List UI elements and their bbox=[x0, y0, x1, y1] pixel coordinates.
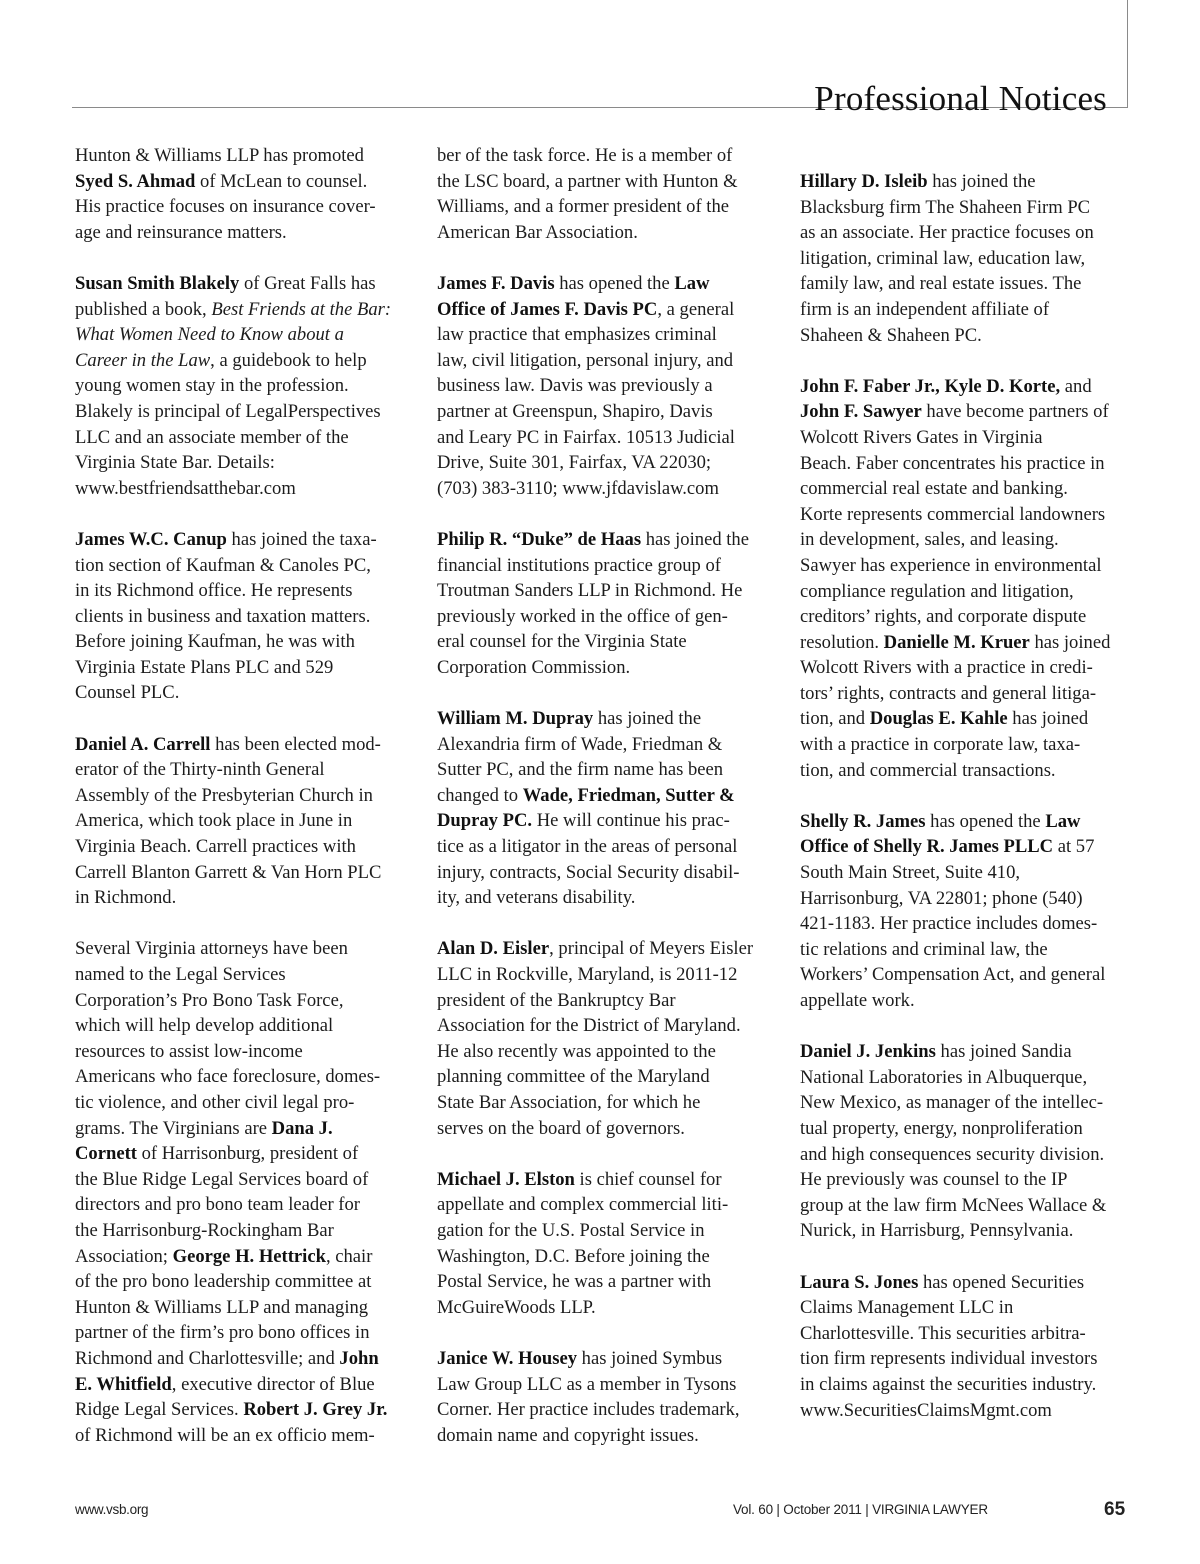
person-or-firm-name: John F. Sawyer bbox=[800, 401, 922, 422]
notice-text: of the pro bono leadership committee at bbox=[75, 1271, 371, 1292]
notice-text: and bbox=[1060, 376, 1092, 397]
notice-paragraph: James F. Davis has opened the LawOffice … bbox=[437, 271, 777, 501]
person-or-firm-name: James F. Davis bbox=[437, 273, 555, 294]
column-3: Hillary D. Isleib has joined theBlacksbu… bbox=[800, 169, 1130, 1449]
person-or-firm-name: Susan Smith Blakely bbox=[75, 273, 239, 294]
notice-text: Association for the District of Maryland… bbox=[437, 1015, 741, 1036]
notice-text: financial institutions practice group of bbox=[437, 555, 721, 576]
notice-text: young women stay in the profession. bbox=[75, 375, 349, 396]
notice-text: creditors’ rights, and corporate dispute bbox=[800, 606, 1086, 627]
notice-paragraph: Alan D. Eisler, principal of Meyers Eisl… bbox=[437, 936, 777, 1141]
notice-text: Sawyer has experience in environmental bbox=[800, 555, 1102, 576]
notice-text: Corporation Commission. bbox=[437, 657, 630, 678]
notice-text: Ridge Legal Services. bbox=[75, 1399, 243, 1420]
notice-paragraph: Janice W. Housey has joined SymbusLaw Gr… bbox=[437, 1346, 777, 1448]
page-number: 65 bbox=[1104, 1499, 1125, 1521]
notice-text: erator of the Thirty-ninth General bbox=[75, 759, 325, 780]
person-or-firm-name: James W.C. Canup bbox=[75, 529, 227, 550]
notice-paragraph: Michael J. Elston is chief counsel forap… bbox=[437, 1167, 777, 1321]
notice-text: His practice focuses on insurance cover- bbox=[75, 196, 376, 217]
notice-text: in claims against the securities industr… bbox=[800, 1374, 1096, 1395]
notice-text: has joined the taxa- bbox=[227, 529, 377, 550]
footer-issue-info: Vol. 60 | October 2011 | VIRGINIA LAWYER bbox=[733, 1502, 988, 1517]
notice-text: Association; bbox=[75, 1246, 173, 1267]
notice-text: has joined bbox=[1008, 708, 1089, 729]
notice-text: in its Richmond office. He represents bbox=[75, 580, 352, 601]
book-title: Career in the Law bbox=[75, 350, 210, 371]
notice-text: domain name and copyright issues. bbox=[437, 1425, 699, 1446]
person-or-firm-name: Dupray PC. bbox=[437, 810, 532, 831]
notice-text: age and reinsurance matters. bbox=[75, 222, 287, 243]
notice-text: Wolcott Rivers Gates in Virginia bbox=[800, 427, 1043, 448]
notice-text: has joined the bbox=[928, 171, 1036, 192]
notice-text: has opened Securities bbox=[918, 1272, 1084, 1293]
notice-text: Nurick, in Harrisburg, Pennsylvania. bbox=[800, 1220, 1073, 1241]
notice-text: appellate work. bbox=[800, 990, 915, 1011]
notice-text: has opened the bbox=[926, 811, 1046, 832]
book-title: What Women Need to Know about a bbox=[75, 324, 344, 345]
notice-text: has opened the bbox=[555, 273, 675, 294]
notice-text: Wolcott Rivers with a practice in credi- bbox=[800, 657, 1093, 678]
notice-text: of Harrisonburg, president of bbox=[137, 1143, 358, 1164]
book-title: Best Friends at the Bar: bbox=[211, 299, 391, 320]
notice-text: with a practice in corporate law, taxa- bbox=[800, 734, 1080, 755]
notice-text: in development, sales, and leasing. bbox=[800, 529, 1059, 550]
notice-text: (703) 383-3110; www.jfdavislaw.com bbox=[437, 478, 719, 499]
notice-text: Carrell Blanton Garrett & Van Horn PLC bbox=[75, 862, 381, 883]
notice-text: www.bestfriendsatthebar.com bbox=[75, 478, 296, 499]
notice-text: has been elected mod- bbox=[210, 734, 380, 755]
notice-text: Sutter PC, and the firm name has been bbox=[437, 759, 723, 780]
notice-text: tion firm represents individual investor… bbox=[800, 1348, 1097, 1369]
notice-text: grams. The Virginians are bbox=[75, 1118, 272, 1139]
notice-paragraph: Several Virginia attorneys have beenname… bbox=[75, 936, 410, 1448]
notice-text: Corner. Her practice includes trademark, bbox=[437, 1399, 740, 1420]
notice-text: directors and pro bono team leader for bbox=[75, 1194, 360, 1215]
notice-text: business law. Davis was previously a bbox=[437, 375, 713, 396]
notice-text: tice as a litigator in the areas of pers… bbox=[437, 836, 737, 857]
notice-text: Virginia State Bar. Details: bbox=[75, 452, 275, 473]
notice-paragraph: Daniel J. Jenkins has joined SandiaNatio… bbox=[800, 1039, 1130, 1244]
notice-text: Assembly of the Presbyterian Church in bbox=[75, 785, 373, 806]
page-title: Professional Notices bbox=[814, 79, 1107, 119]
notice-text: New Mexico, as manager of the intellec- bbox=[800, 1092, 1103, 1113]
person-or-firm-name: Danielle M. Kruer bbox=[884, 632, 1030, 653]
notice-text: Virginia Estate Plans PLC and 529 bbox=[75, 657, 333, 678]
notice-text: of McLean to counsel. bbox=[195, 171, 367, 192]
notice-text: America, which took place in June in bbox=[75, 810, 352, 831]
person-or-firm-name: Wade, Friedman, Sutter & bbox=[523, 785, 735, 806]
notice-text: www.SecuritiesClaimsMgmt.com bbox=[800, 1400, 1052, 1421]
notice-text: is chief counsel for bbox=[575, 1169, 722, 1190]
notice-text: changed to bbox=[437, 785, 523, 806]
notice-text: Washington, D.C. Before joining the bbox=[437, 1246, 710, 1267]
notice-text: in Richmond. bbox=[75, 887, 176, 908]
notice-text: Workers’ Compensation Act, and general bbox=[800, 964, 1105, 985]
notice-text: Shaheen & Shaheen PC. bbox=[800, 325, 982, 346]
notice-text: have become partners of bbox=[922, 401, 1109, 422]
notice-text: eral counsel for the Virginia State bbox=[437, 631, 687, 652]
notice-text: Blacksburg firm The Shaheen Firm PC bbox=[800, 197, 1090, 218]
notice-text: gation for the U.S. Postal Service in bbox=[437, 1220, 705, 1241]
person-or-firm-name: John bbox=[339, 1348, 378, 1369]
notice-text: tion, and bbox=[800, 708, 870, 729]
header-vertical-rule bbox=[1127, 0, 1128, 108]
notice-text: Charlottesville. This securities arbitra… bbox=[800, 1323, 1086, 1344]
notice-text: LLC in Rockville, Maryland, is 2011-12 bbox=[437, 964, 737, 985]
notice-text: tors’ rights, contracts and general liti… bbox=[800, 683, 1096, 704]
person-or-firm-name: Robert J. Grey Jr. bbox=[243, 1399, 387, 1420]
notice-text: at 57 bbox=[1053, 836, 1094, 857]
notice-text: Before joining Kaufman, he was with bbox=[75, 631, 355, 652]
notice-text: has joined the bbox=[593, 708, 701, 729]
notice-text: the Blue Ridge Legal Services board of bbox=[75, 1169, 368, 1190]
notice-text: Drive, Suite 301, Fairfax, VA 22030; bbox=[437, 452, 711, 473]
person-or-firm-name: Office of James F. Davis PC bbox=[437, 299, 657, 320]
person-or-firm-name: Alan D. Eisler bbox=[437, 938, 549, 959]
notice-text: law, civil litigation, personal injury, … bbox=[437, 350, 733, 371]
notice-paragraph: James W.C. Canup has joined the taxa-tio… bbox=[75, 527, 410, 706]
notice-text: commercial real estate and banking. bbox=[800, 478, 1068, 499]
notice-paragraph: William M. Dupray has joined theAlexandr… bbox=[437, 706, 777, 911]
notice-text: and Leary PC in Fairfax. 10513 Judicial bbox=[437, 427, 735, 448]
notice-text: injury, contracts, Social Security disab… bbox=[437, 862, 739, 883]
notice-paragraph: Susan Smith Blakely of Great Falls haspu… bbox=[75, 271, 410, 501]
notice-text: tic relations and criminal law, the bbox=[800, 939, 1048, 960]
notice-text: Alexandria firm of Wade, Friedman & bbox=[437, 734, 722, 755]
person-or-firm-name: Daniel A. Carrell bbox=[75, 734, 210, 755]
notice-text: partner of the firm’s pro bono offices i… bbox=[75, 1322, 370, 1343]
notice-text: , executive director of Blue bbox=[172, 1374, 375, 1395]
notice-text: and high consequences security division. bbox=[800, 1144, 1104, 1165]
person-or-firm-name: Cornett bbox=[75, 1143, 137, 1164]
notice-text: Several Virginia attorneys have been bbox=[75, 938, 348, 959]
person-or-firm-name: Daniel J. Jenkins bbox=[800, 1041, 936, 1062]
person-or-firm-name: Dana J. bbox=[272, 1118, 333, 1139]
notice-text: family law, and real estate issues. The bbox=[800, 273, 1081, 294]
notice-text: LLC and an associate member of the bbox=[75, 427, 349, 448]
notice-text: firm is an independent affiliate of bbox=[800, 299, 1049, 320]
notice-text: has joined the bbox=[641, 529, 749, 550]
person-or-firm-name: Shelly R. James bbox=[800, 811, 926, 832]
notice-text: tic violence, and other civil legal pro- bbox=[75, 1092, 354, 1113]
notice-paragraph: Shelly R. James has opened the LawOffice… bbox=[800, 809, 1130, 1014]
notice-text: Hunton & Williams LLP has promoted bbox=[75, 145, 364, 166]
notice-text: compliance regulation and litigation, bbox=[800, 581, 1074, 602]
notice-text: has joined bbox=[1030, 632, 1111, 653]
notice-text: resolution. bbox=[800, 632, 884, 653]
notice-text: has joined Sandia bbox=[936, 1041, 1072, 1062]
person-or-firm-name: Syed S. Ahmad bbox=[75, 171, 195, 192]
notice-text: group at the law firm McNees Wallace & bbox=[800, 1195, 1106, 1216]
notice-text: of Great Falls has bbox=[239, 273, 375, 294]
person-or-firm-name: Laura S. Jones bbox=[800, 1272, 918, 1293]
notice-text: tion section of Kaufman & Canoles PC, bbox=[75, 555, 371, 576]
person-or-firm-name: Law bbox=[674, 273, 709, 294]
notice-text: Troutman Sanders LLP in Richmond. He bbox=[437, 580, 742, 601]
notice-text: Williams, and a former president of the bbox=[437, 196, 729, 217]
notice-text: the LSC board, a partner with Hunton & bbox=[437, 171, 738, 192]
notice-text: law practice that emphasizes criminal bbox=[437, 324, 717, 345]
notice-text: Harrisonburg, VA 22801; phone (540) bbox=[800, 888, 1083, 909]
notice-paragraph: Philip R. “Duke” de Haas has joined thef… bbox=[437, 527, 777, 681]
notice-text: litigation, criminal law, education law, bbox=[800, 248, 1085, 269]
notice-text: Law Group LLC as a member in Tysons bbox=[437, 1374, 736, 1395]
notice-text: resources to assist low-income bbox=[75, 1041, 303, 1062]
notice-text: which will help develop additional bbox=[75, 1015, 333, 1036]
notice-text: clients in business and taxation matters… bbox=[75, 606, 370, 627]
notice-text: published a book, bbox=[75, 299, 211, 320]
notice-text: 421-1183. Her practice includes domes- bbox=[800, 913, 1097, 934]
notice-text: Hunton & Williams LLP and managing bbox=[75, 1297, 368, 1318]
person-or-firm-name: George H. Hettrick bbox=[173, 1246, 326, 1267]
notice-text: He will continue his prac- bbox=[532, 810, 730, 831]
notice-text: , a general bbox=[657, 299, 734, 320]
notice-text: Richmond and Charlottesville; and bbox=[75, 1348, 339, 1369]
notice-text: National Laboratories in Albuquerque, bbox=[800, 1067, 1087, 1088]
notice-text: president of the Bankruptcy Bar bbox=[437, 990, 676, 1011]
notice-text: partner at Greenspun, Shapiro, Davis bbox=[437, 401, 713, 422]
notice-paragraph: ber of the task force. He is a member of… bbox=[437, 143, 777, 245]
notice-text: of Richmond will be an ex officio mem- bbox=[75, 1425, 375, 1446]
notice-text: ber of the task force. He is a member of bbox=[437, 145, 732, 166]
person-or-firm-name: Law bbox=[1045, 811, 1080, 832]
notice-text: has joined Symbus bbox=[577, 1348, 722, 1369]
notice-paragraph: Hunton & Williams LLP has promotedSyed S… bbox=[75, 143, 410, 245]
person-or-firm-name: Philip R. “Duke” de Haas bbox=[437, 529, 641, 550]
person-or-firm-name: Office of Shelly R. James PLLC bbox=[800, 836, 1053, 857]
notice-text: McGuireWoods LLP. bbox=[437, 1297, 596, 1318]
notice-text: Counsel PLC. bbox=[75, 682, 179, 703]
notice-text: He also recently was appointed to the bbox=[437, 1041, 716, 1062]
person-or-firm-name: Douglas E. Kahle bbox=[870, 708, 1008, 729]
column-1: Hunton & Williams LLP has promotedSyed S… bbox=[75, 143, 410, 1474]
notice-text: Americans who face foreclosure, domes- bbox=[75, 1066, 380, 1087]
notice-text: as an associate. Her practice focuses on bbox=[800, 222, 1094, 243]
notice-text: Corporation’s Pro Bono Task Force, bbox=[75, 990, 343, 1011]
person-or-firm-name: Janice W. Housey bbox=[437, 1348, 577, 1369]
notice-paragraph: Hillary D. Isleib has joined theBlacksbu… bbox=[800, 169, 1130, 348]
person-or-firm-name: William M. Dupray bbox=[437, 708, 593, 729]
column-2: ber of the task force. He is a member of… bbox=[437, 143, 777, 1474]
notice-text: Beach. Faber concentrates his practice i… bbox=[800, 453, 1105, 474]
notice-text: ity, and veterans disability. bbox=[437, 887, 635, 908]
notice-text: serves on the board of governors. bbox=[437, 1118, 685, 1139]
notice-text: planning committee of the Maryland bbox=[437, 1066, 710, 1087]
notice-text: Claims Management LLC in bbox=[800, 1297, 1013, 1318]
notice-text: , a guidebook to help bbox=[210, 350, 366, 371]
notice-text: American Bar Association. bbox=[437, 222, 638, 243]
notice-text: the Harrisonburg-Rockingham Bar bbox=[75, 1220, 334, 1241]
notice-paragraph: Laura S. Jones has opened SecuritiesClai… bbox=[800, 1270, 1130, 1424]
footer-website: www.vsb.org bbox=[75, 1502, 148, 1517]
notice-text: tion, and commercial transactions. bbox=[800, 760, 1056, 781]
person-or-firm-name: E. Whitfield bbox=[75, 1374, 172, 1395]
notice-text: He previously was counsel to the IP bbox=[800, 1169, 1068, 1190]
notice-text: Postal Service, he was a partner with bbox=[437, 1271, 711, 1292]
notice-text: named to the Legal Services bbox=[75, 964, 286, 985]
notice-text: , principal of Meyers Eisler bbox=[549, 938, 753, 959]
notice-text: Blakely is principal of LegalPerspective… bbox=[75, 401, 381, 422]
person-or-firm-name: Hillary D. Isleib bbox=[800, 171, 928, 192]
notice-text: State Bar Association, for which he bbox=[437, 1092, 700, 1113]
notice-text: Korte represents commercial landowners bbox=[800, 504, 1105, 525]
notice-text: South Main Street, Suite 410, bbox=[800, 862, 1020, 883]
notice-text: previously worked in the office of gen- bbox=[437, 606, 728, 627]
person-or-firm-name: John F. Faber Jr., Kyle D. Korte, bbox=[800, 376, 1060, 397]
notice-text: , chair bbox=[326, 1246, 372, 1267]
notice-paragraph: Daniel A. Carrell has been elected mod-e… bbox=[75, 732, 410, 911]
notice-paragraph: John F. Faber Jr., Kyle D. Korte, andJoh… bbox=[800, 374, 1130, 784]
notice-text: appellate and complex commercial liti- bbox=[437, 1194, 728, 1215]
person-or-firm-name: Michael J. Elston bbox=[437, 1169, 575, 1190]
notice-text: Virginia Beach. Carrell practices with bbox=[75, 836, 356, 857]
notice-text: tual property, energy, nonproliferation bbox=[800, 1118, 1083, 1139]
